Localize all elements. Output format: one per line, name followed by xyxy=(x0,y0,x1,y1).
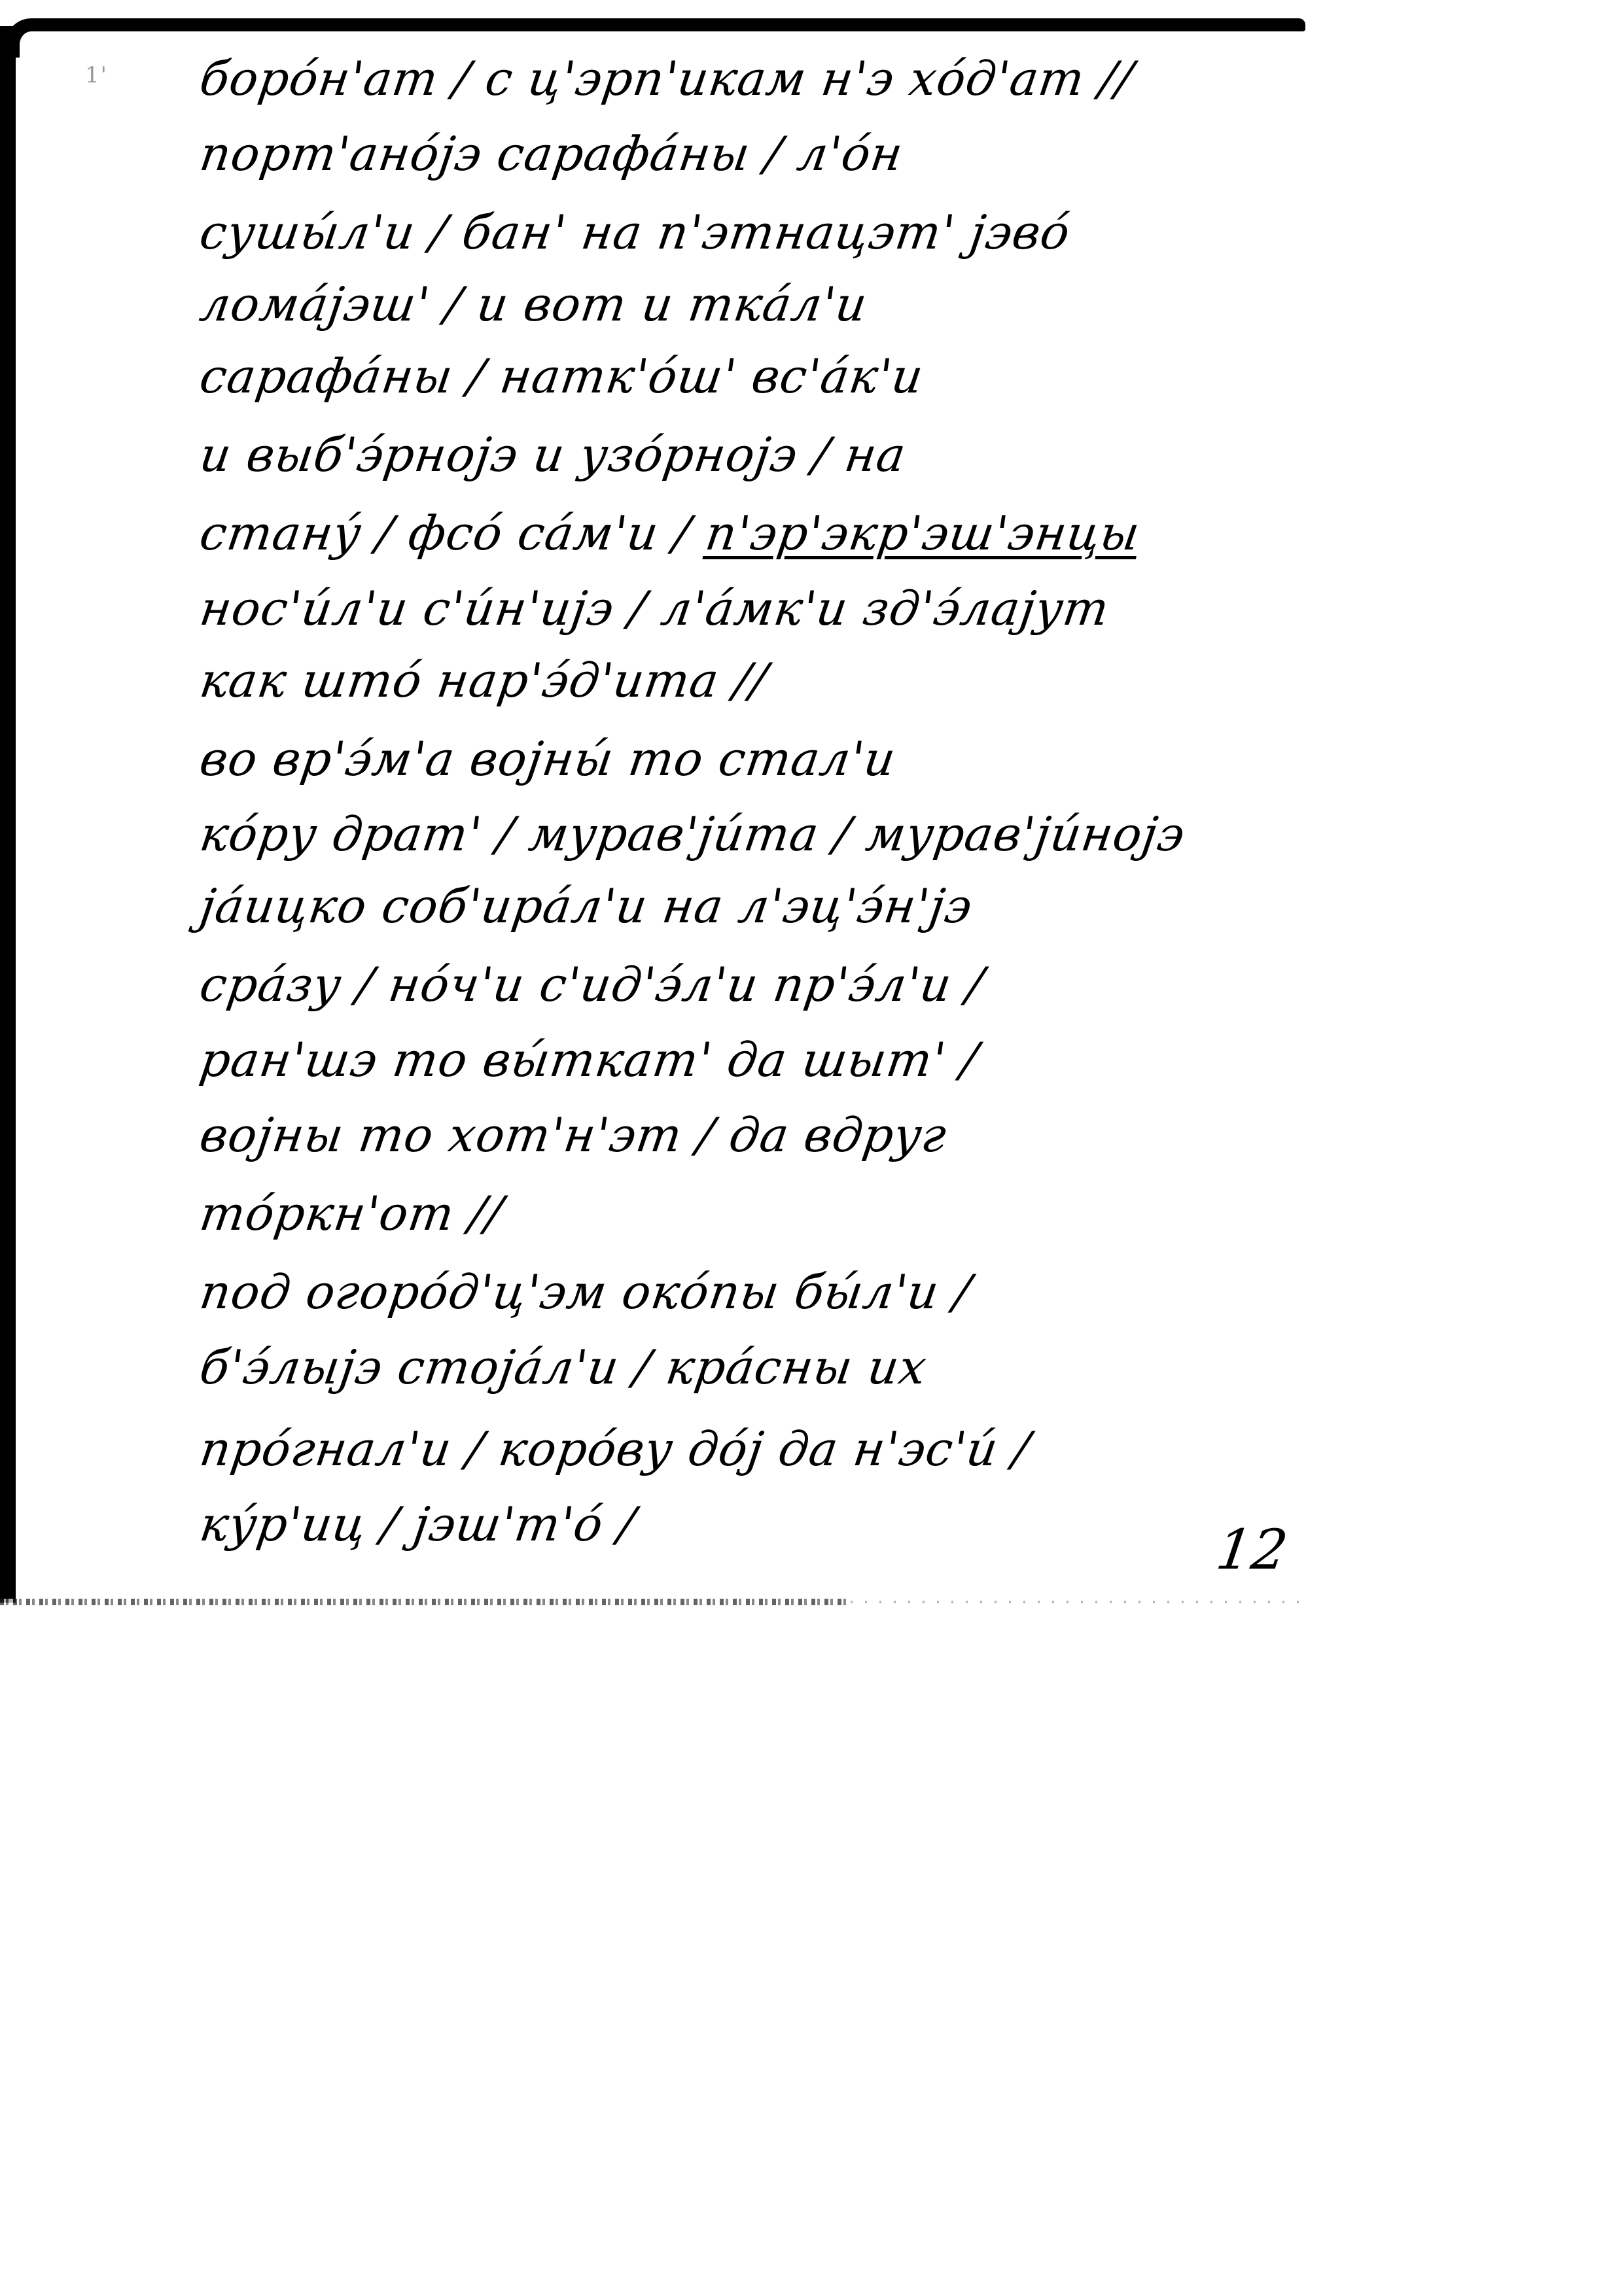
text-line-8: нос'и́л'и с'и́н'ијэ / л'áмк'и зд'э́лајут xyxy=(196,579,1113,638)
text-line-9: как штó нар'э́д'ита // xyxy=(196,651,771,710)
scanned-page: 1' борóн'ат / с ц'эрп'икам н'э хóд'ат //… xyxy=(0,0,1607,2296)
text-line-11: кóру драт' / мурав'ји́та / мурав'ји́нојэ xyxy=(196,805,1189,863)
text-line-7-mid: сáм'и / xyxy=(499,506,710,561)
text-line-10: во вр'э́м'а војны́ то стал'и xyxy=(196,729,900,788)
page-border-bottom-fade xyxy=(851,1601,1309,1603)
text-line-7-start: стану́ / xyxy=(196,506,413,561)
text-line-12: јáицко соб'ирáл'и на л'эц'э́н'јэ xyxy=(196,877,976,935)
text-line-1: борóн'ат / с ц'эрп'икам н'э хóд'ат // xyxy=(196,49,1137,108)
page-border-bottom xyxy=(0,1599,851,1605)
margin-mark: 1' xyxy=(85,62,108,88)
text-line-14: ран'шэ то вы́ткат' да шыт' / xyxy=(196,1030,982,1089)
text-line-7: стану́ / фсó сáм'и / п'эр'экр'эш'энцы xyxy=(196,504,1144,563)
text-line-18: б'э́лыјэ стојáл'и / крáсны их xyxy=(196,1338,930,1397)
text-line-19: прóгнал'и / корóву дóј да н'эс'и́ / xyxy=(196,1419,1034,1478)
overwritten-word: фсó xyxy=(405,506,506,561)
text-line-16: тóркн'от // xyxy=(196,1184,507,1243)
text-line-4: ломáјэш' / и вот и ткáл'и xyxy=(196,275,871,334)
underlined-word: п'эр'экр'эш'энцы xyxy=(702,506,1143,561)
text-line-3: сушы́л'и / бан' на п'этнацэт' јэвó xyxy=(196,203,1074,262)
text-line-6: и выб'э́рнојэ и узóрнојэ / на xyxy=(196,425,909,484)
text-line-2: порт'анóјэ сарафáны / л'óн xyxy=(196,124,907,183)
text-line-17: под огорóд'ц'эм окóпы бы́л'и / xyxy=(196,1262,975,1321)
text-line-15: војны то хот'н'эт / да вдруг xyxy=(196,1105,951,1164)
text-line-20: ку́р'иц / јэш'т'ó / xyxy=(196,1495,639,1554)
page-number: 12 xyxy=(1212,1518,1292,1582)
text-line-13: срáзу / нóч'и с'ид'э́л'и пр'э́л'и / xyxy=(196,955,988,1014)
page-border-left xyxy=(0,26,16,1603)
text-line-5: сарафáны / натк'óш' вс'áк'и xyxy=(196,347,927,406)
page-border-top xyxy=(26,18,1305,31)
